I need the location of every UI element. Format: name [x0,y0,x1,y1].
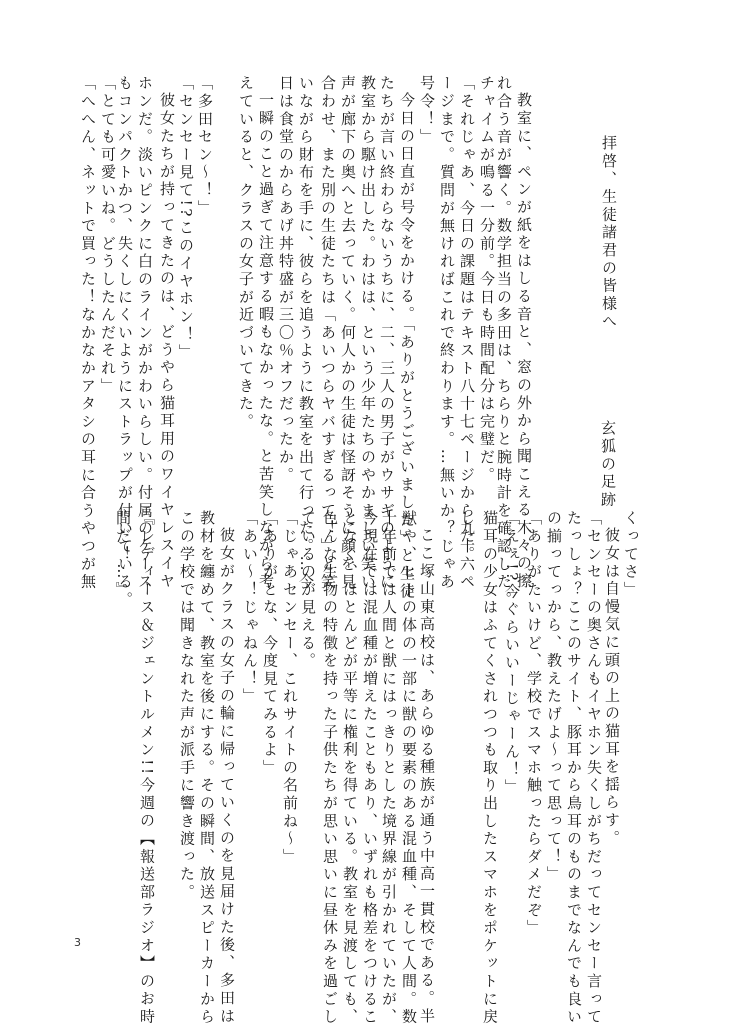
text-column: 「じゃあセンセー、これサイトの名前ね〜」 [280,510,300,866]
text-column: 「ありがたいけど、学校でスマホ触ったらダメだぞ」 [524,510,544,937]
text-column: 教材を纏めて、教室を後にする。その瞬間、放送スピーカーから [197,510,217,1024]
text-column: 号令！」 [417,75,437,146]
story-title: 拝啓、生徒諸君の皆様へ [599,135,619,331]
text-column: 『レディース＆ジェントルメン!!今週の【報送部ラジオ】のお時 [137,510,157,1024]
text-column: くってさ」 [621,510,641,599]
text-column: 彼女は自慢気に頭の上の猫耳を揺らす。 [602,527,622,847]
text-column: 「えぇ!?今ぐらいいーじゃーん！」 [502,510,522,797]
text-column: 「センセーの奥さんもイヤホン失くしがちだってセンセー言って [584,510,604,1024]
text-column: 間だ！…』 [113,510,133,599]
text-column: この学校では聞きなれた声が派手に響き渡った。 [177,510,197,902]
text-column: 「あい〜！じゃねん！」 [240,510,260,706]
text-column: ージまで。質問が無ければこれで終わります。…無いか？じゃあ [437,75,457,591]
page-number: 3 [74,936,81,949]
text-column: 「とても可愛いね。どうしたんだそれ」 [98,75,118,395]
text-column: チャイムが鳴る一分前。今日も時間配分は完璧だ。 [477,75,497,484]
text-column: 「へへん、ネットで買った！なかなかアタシの耳に合うやつが無 [78,75,98,591]
text-column: えていると、クラスの女子が近づいてきた。 [236,75,256,431]
text-column: 「センセー見て!?このイヤホン！」 [176,75,196,362]
text-column: の揃ってっから、教えたげよ〜って思って！」 [544,510,564,884]
text-column: 日は食堂のからあげ丼特盛が三〇％オフだったか。 [276,75,296,484]
author-name: 玄狐の足跡 [598,420,618,509]
text-column: した。 [457,510,477,563]
text-column: 「多田セン〜！」 [195,75,215,217]
text-column: 猫耳の少女はふてくされつつも取り出したスマホをポケットに戻 [480,510,500,1024]
text-column: 色んな生物の特徴を持った子供たちが思い思いに昼休みを過ごし [320,510,340,1024]
text-column: 今現在では混血種が増えたこともあり、いずれも格差をつけるこ [360,510,380,1024]
text-column: 彼女がクラスの女子の輪に帰っていくのを見届けた後、多田は [217,527,237,1024]
text-column: 獣や、ヒトの体の一部に獣の要素のある混血種、そして人間。数 [399,510,419,1024]
text-column: 「ありがとな、今度見てみるよ」 [260,510,280,777]
text-column: ているのが見える。 [298,510,318,670]
text-column: 十年前では人間と獣にはっきりとした境界線が引かれていたが、 [379,510,399,1024]
text-column: となく、ほとんどが平等に権利を得ている。教室を見渡しても、 [340,510,360,1024]
text-column: ここ塚山東高校は、あらゆる種族が通う中高一貫校である。半 [417,527,437,1024]
text-column: 彼女たちが持ってきたのは、どうやら猫耳用のワイヤレスイヤ [157,92,177,590]
text-column: たっしょ？ここのサイト、豚耳から鳥耳のものまでなんでも良い [564,510,584,1024]
